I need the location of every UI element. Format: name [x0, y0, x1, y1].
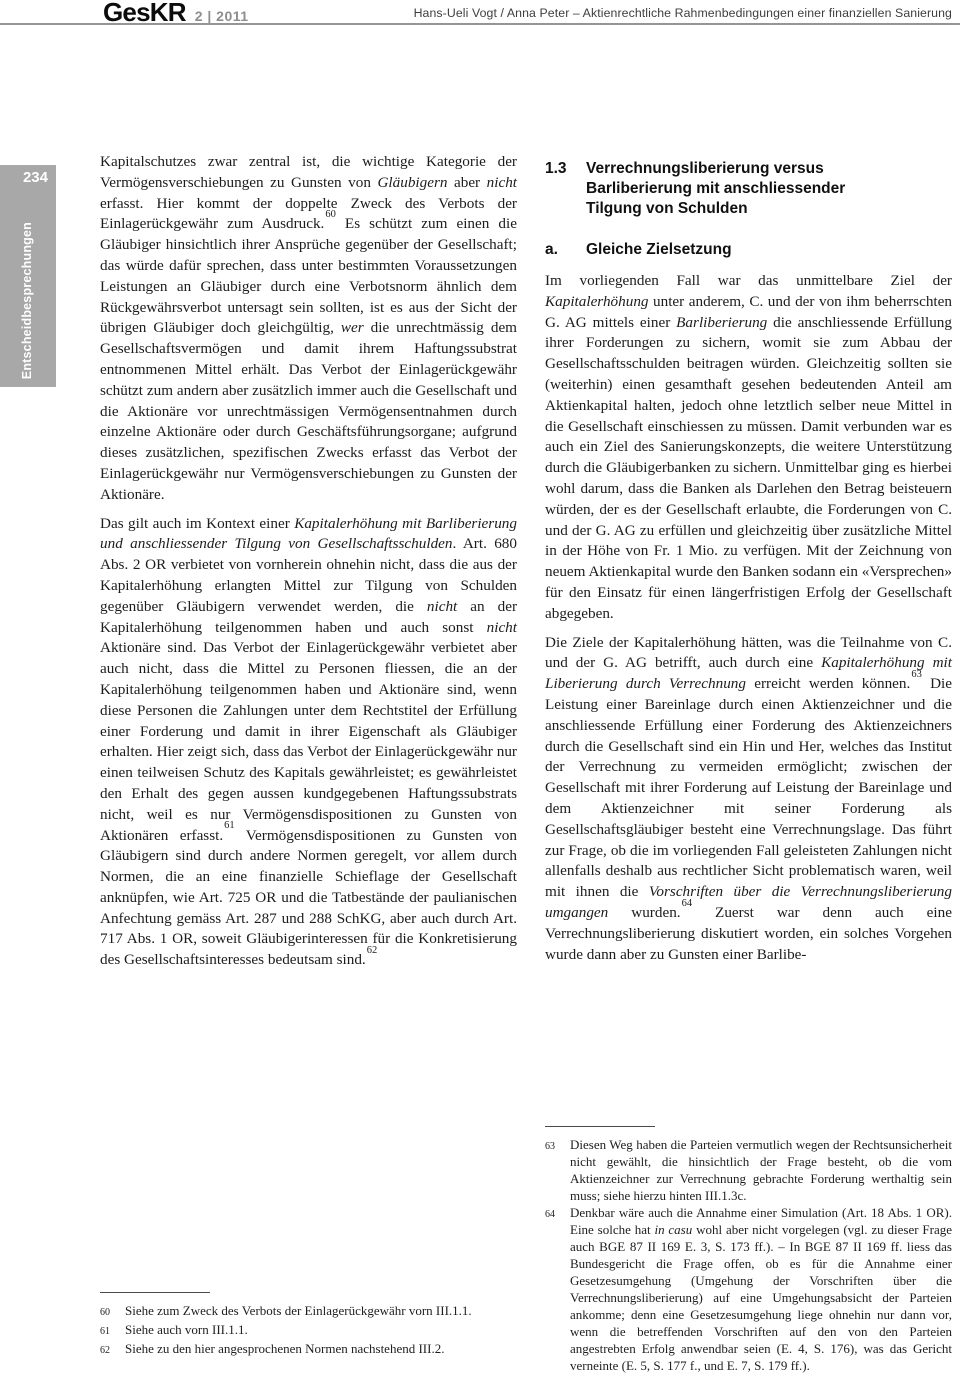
footnote-text: Diesen Weg haben die Parteien vermutlich…	[570, 1136, 952, 1204]
subsection-heading-text: Gleiche Zielsetzung	[586, 240, 952, 260]
header-rule	[0, 23, 960, 25]
footnote-number: 61	[100, 1321, 125, 1340]
running-title: Hans-Ueli Vogt / Anna Peter – Aktienrech…	[414, 6, 952, 20]
section-heading: 1.3 Verrechnungsliberierung versus Barli…	[545, 159, 952, 219]
footnote-text: Siehe zum Zweck des Verbots der Einlager…	[125, 1302, 517, 1321]
section-heading-line: Tilgung von Schulden	[586, 199, 952, 219]
footnote-61: 61 Siehe auch vorn III.1.1.	[100, 1321, 517, 1340]
left-paragraph-1: Kapitalschutzes zwar zentral ist, die wi…	[100, 152, 517, 506]
right-paragraph-1: Im vorliegenden Fall war das unmittelbar…	[545, 271, 952, 625]
footnote-text: Siehe auch vorn III.1.1.	[125, 1321, 517, 1340]
footnote-number: 62	[100, 1340, 125, 1359]
footnote-64: 64 Denkbar wäre auch die Annahme einer S…	[545, 1204, 952, 1374]
journal-logo: GesKR	[103, 0, 186, 24]
left-footnotes: 60 Siehe zum Zweck des Verbots der Einla…	[100, 1292, 517, 1359]
left-column: Kapitalschutzes zwar zentral ist, die wi…	[100, 152, 517, 979]
left-paragraph-2: Das gilt auch im Kontext einer Kapitaler…	[100, 514, 517, 972]
section-heading-line: Verrechnungsliberierung versus	[586, 159, 952, 179]
footnote-60: 60 Siehe zum Zweck des Verbots der Einla…	[100, 1302, 517, 1321]
footnote-text: Siehe zu den hier angesprochenen Normen …	[125, 1340, 517, 1359]
subsection-heading-number: a.	[545, 240, 586, 260]
issue-label: 2 | 2011	[195, 8, 249, 24]
footnote-text: Denkbar wäre auch die Annahme einer Simu…	[570, 1204, 952, 1374]
right-paragraph-2: Die Ziele der Kapitalerhöhung hätten, wa…	[545, 633, 952, 966]
footnote-63: 63 Diesen Weg haben die Parteien vermutl…	[545, 1136, 952, 1204]
page-number: 234	[23, 169, 48, 186]
margin-tab: 234 Entscheidbesprechungen	[0, 165, 56, 387]
page: GesKR 2 | 2011 Hans-Ueli Vogt / Anna Pet…	[0, 0, 960, 1377]
section-label: Entscheidbesprechungen	[20, 222, 34, 379]
journal-brand: GesKR 2 | 2011	[103, 0, 249, 24]
section-heading-line: Barliberierung mit anschliessender	[586, 179, 952, 199]
footnote-divider	[545, 1126, 655, 1127]
right-footnotes: 63 Diesen Weg haben die Parteien vermutl…	[545, 1126, 952, 1374]
footnote-62: 62 Siehe zu den hier angesprochenen Norm…	[100, 1340, 517, 1359]
footnote-number: 60	[100, 1302, 125, 1321]
footnote-number: 64	[545, 1204, 570, 1374]
right-column: 1.3 Verrechnungsliberierung versus Barli…	[545, 152, 952, 973]
subsection-heading: a. Gleiche Zielsetzung	[545, 240, 952, 260]
section-heading-number: 1.3	[545, 159, 586, 219]
footnote-number: 63	[545, 1136, 570, 1204]
footnote-divider	[100, 1292, 210, 1293]
section-heading-text: Verrechnungsliberierung versus Barliberi…	[586, 159, 952, 219]
